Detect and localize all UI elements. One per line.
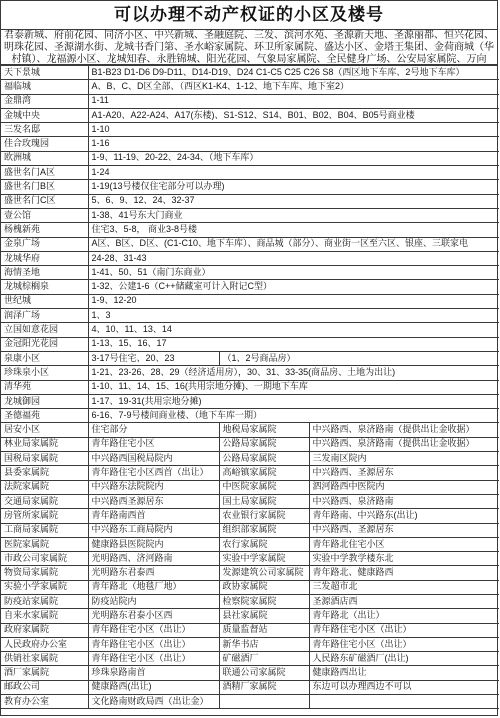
building-numbers: 1-32、公建1-6（C++储藏室可计入附记C型） [88,280,499,294]
building-numbers: 1-19(13号楼仅住宅部分可以办理) [88,180,499,194]
courtyard-name [219,695,309,709]
table-row: 国税局家属院中兴路西国税局院内公路局家属院三发南区院内 [1,452,499,466]
table-row: 交通局家属院中兴路西圣源居东国土局家属院中兴路西、泉济路南 [1,494,499,508]
table-row: 珍珠泉小区1-21、23-26、28、29（经济适用房），30、31、33-35… [1,366,499,380]
courtyard-location: 青年路住宅小区西首（出让） [88,466,219,480]
courtyard-name: 林业局家属院 [1,437,88,451]
courtyard-name: 法院家属院 [1,480,88,494]
table-row: 龙城御园1-17、19-31(共用宗地分摊) [1,394,499,408]
table-row: 医院家属院健康路县医院院内农行家属院青年路北住宅小区 [1,537,499,551]
building-numbers: 1-17、19-31(共用宗地分摊) [88,394,499,408]
building-numbers: 24-28、31-43 [88,251,499,265]
courtyard-location: 青年路住宅小区（出让） [88,652,219,666]
building-numbers: 1-24 [88,166,499,180]
table-row: 物资局家属院光明路东君泰西发源建筑公司家属院青年路北、健康路西 [1,566,499,580]
table-row: 实验小学家属院青年路北（地毯厂地）政协家属院三发超市北 [1,580,499,594]
courtyard-name: 市政公司家属院 [1,552,88,566]
community-name: 盛世名门A区 [1,166,88,180]
courtyard-location: 中兴路西、泉济路南（提供出让金收据） [309,437,499,451]
courtyard-name: 质量监督站 [219,623,309,637]
table-row: 房管所家属院青年路南西首农业银行家属院青年路南、中兴路东(出让) [1,509,499,523]
community-name: 世纪城 [1,294,88,308]
courtyard-location: 中兴路西圣源居东 [88,494,219,508]
courtyard-location: 圣源酒店西 [309,594,499,608]
table-row: 盛世名门A区1-24 [1,166,499,180]
table-row: 防疫站家属院防疫站院内检察院家属院圣源酒店西 [1,594,499,608]
building-numbers: A区、B区、D区、(C1-C10、地下车库）、商品城（部分）、商业街一区至六区、… [88,237,499,251]
courtyard-location: 东边可以办理西边不可以 [309,680,499,694]
building-numbers: 1-38、41号东大门商业 [88,208,499,222]
courtyard-name: 政协家属院 [219,580,309,594]
community-name-list: 君泰新城、府前花园、同济小区、中兴新城、圣融庭院、三发、滨河水苑、圣源新天地、圣… [1,30,497,66]
table-row: 佳合玫瑰园1-16 [1,137,499,151]
spreadsheet: 可以办理不动产权证的小区及楼号 君泰新城、府前花园、同济小区、中兴新城、圣融庭院… [0,0,498,716]
table-row: 邮政公司健康路西(出让)酒精厂家属院东边可以办理西边不可以 [1,680,499,694]
community-name: 福临城 [1,80,88,94]
courtyard-location: 光明路东君泰小区西 [88,609,219,623]
table-row: 泉康小区3-17号住宅、20、23（1、2号商品房） [1,351,499,365]
courtyard-location: 青年路住宅小区（出让） [88,637,219,651]
community-name: 清华苑 [1,380,88,394]
courtyard-location: 中兴路东法院院内 [88,480,219,494]
building-numbers: A1-A20、A22-A24、A17(东楼)、S1-S12、S14、B01、B0… [88,108,499,122]
courtyard-location: 青年路北住宅小区 [309,537,499,551]
table-row: 盛世名门B区1-19(13号楼仅住宅部分可以办理) [1,180,499,194]
courtyard-location: 中兴路西、圣源居东 [309,523,499,537]
table-row: 三发名邸1-10 [1,123,499,137]
courtyard-name: 防疫站家属院 [1,594,88,608]
courtyard-location: 中兴路西、泉济路南（提供出让金收据） [309,423,499,437]
table-row: 金城中央A1-A20、A22-A24、A17(东楼)、S1-S12、S14、B0… [1,108,499,122]
courtyard-location: 光明路东君泰西 [88,566,219,580]
building-numbers: 3-17号住宅、20、23 [88,351,219,365]
community-name: 龙城棕榈泉 [1,280,88,294]
building-numbers: 住宅3、5-8， 商业3-8号楼 [88,223,499,237]
building-numbers: 1-10、11、14、15、16(共用宗地分摊)、一期地下车库 [88,380,499,394]
table-row: 清华苑1-10、11、14、15、16(共用宗地分摊)、一期地下车库 [1,380,499,394]
community-name: 金鼎湾 [1,94,88,108]
courtyard-location [309,695,499,709]
courtyard-name: 联通公司家属院 [219,666,309,680]
courtyard-name: 县委家属院 [1,466,88,480]
courtyard-location: 青年路住宅小区（出让） [309,623,499,637]
courtyard-name: 国土局家属院 [219,494,309,508]
courtyard-location: 中兴路东工商局院内 [88,523,219,537]
table-row: 人民政府办公室青年路住宅小区（出让）新华书店青年路住宅小区（出让） [1,637,499,651]
table-body: 天下景城B1-B23 D1-D6 D9-D11、D14-D19、D24 C1-C… [1,66,499,709]
table-row: 县委家属院青年路住宅小区西首（出让）高峪镇家属院中兴路西、圣源居东 [1,466,499,480]
courtyard-name: 发源建筑公司家属院 [219,566,309,580]
community-name: 海情圣地 [1,266,88,280]
courtyard-name: 房管所家属院 [1,509,88,523]
table-row: 杨槐新苑住宅3、5-8， 商业3-8号楼 [1,223,499,237]
building-numbers: 1-13、15、16、17 [88,337,499,351]
building-numbers: 1-9、11-19、20-22、24-34、（地下车库） [88,151,499,165]
courtyard-name: 酒厂家属院 [1,666,88,680]
table-row: 市政公司家属院光明路西、济河路南实验中学家属院实验中学教学楼东北 [1,552,499,566]
courtyard-name: 邮政公司 [1,680,88,694]
courtyard-name: 交通局家属院 [1,494,88,508]
building-numbers: 1-16 [88,137,499,151]
courtyard-name: 居安小区 [1,423,88,437]
courtyard-name: 人民政府办公室 [1,637,88,651]
table-row: 政府家属院青年路住宅小区（出让）质量监督站青年路住宅小区（出让） [1,623,499,637]
community-name: 金冠阳光花园 [1,337,88,351]
courtyard-name: 实验小学家属院 [1,580,88,594]
table-row: 盛世名门C区5、6、9、12、24、32-37 [1,194,499,208]
table-row: 金鼎湾1-11 [1,94,499,108]
community-name: 金泉广场 [1,237,88,251]
table-row: 润泽广场1、3 [1,309,499,323]
courtyard-name: 医院家属院 [1,537,88,551]
courtyard-name: 公路局家属院 [219,437,309,451]
table-row: 金冠阳光花园1-13、15、16、17 [1,337,499,351]
table-row: 龙城棕榈泉1-32、公建1-6（C++储藏室可计入附记C型） [1,280,499,294]
building-numbers: A、B、C、D区全部、（西区K1-K4、1-12、地下车库、地下室2） [88,80,499,94]
courtyard-location: 青年路北（出让） [309,609,499,623]
courtyard-name: 组织部家属院 [219,523,309,537]
community-name: 佳合玫瑰园 [1,137,88,151]
community-name: 天下景城 [1,66,88,80]
courtyard-name: 政府家属院 [1,623,88,637]
building-numbers: 4、10、11、13、14 [88,323,499,337]
page-title: 可以办理不动产权证的小区及楼号 [1,1,497,30]
courtyard-location: 中兴路西、圣源居东 [309,466,499,480]
courtyard-name: 农业银行家属院 [219,509,309,523]
table-row: 福临城A、B、C、D区全部、（西区K1-K4、1-12、地下车库、地下室2） [1,80,499,94]
table-row: 世纪城1-9、12-20 [1,294,499,308]
courtyard-location: 三发南区院内 [309,452,499,466]
table-row: 居安小区住宅部分地税局家属院中兴路西、泉济路南（提供出让金收据） [1,423,499,437]
courtyard-name: 物资局家属院 [1,566,88,580]
community-name: 泉康小区 [1,351,88,365]
courtyard-location: 青年路南、中兴路东(出让) [309,509,499,523]
courtyard-name: 自来水家属院 [1,609,88,623]
courtyard-location: 防疫站院内 [88,594,219,608]
courtyard-name: 供销社家属院 [1,652,88,666]
table-row: 供销社家属院青年路住宅小区（出让）矿磁酒厂人民路东矿磁酒厂(出让) [1,652,499,666]
courtyard-name: 检察院家属院 [219,594,309,608]
courtyard-name: 中医院家属院 [219,480,309,494]
courtyard-name: 矿磁酒厂 [219,652,309,666]
courtyard-name: 农行家属院 [219,537,309,551]
courtyard-location: 青年路北、健康路西 [309,566,499,580]
courtyard-name: 酒精厂家属院 [219,680,309,694]
courtyard-name: 教育办公室 [1,695,88,709]
community-name: 盛世名门B区 [1,180,88,194]
courtyard-location: 青年路北（地毯厂地） [88,580,219,594]
courtyard-name: 国税局家属院 [1,452,88,466]
building-numbers: 6-16、7-9号楼间商业楼、（地下车库一期） [88,409,499,423]
table-row: 欧洲城1-9、11-19、20-22、24-34、（地下车库） [1,151,499,165]
courtyard-location: 中兴路西、泉济路南 [309,494,499,508]
courtyard-name: 公路局家属院 [219,452,309,466]
community-name: 润泽广场 [1,309,88,323]
table-row: 天下景城B1-B23 D1-D6 D9-D11、D14-D19、D24 C1-C… [1,66,499,80]
table-row: 圣德福苑6-16、7-9号楼间商业楼、（地下车库一期） [1,409,499,423]
building-numbers: 1-11 [88,94,499,108]
table-row: 酒厂家属院珍珠泉路南首联通公司家属院健康路西出让 [1,666,499,680]
courtyard-location: 中兴路西国税局院内 [88,452,219,466]
table-row: 工商局家属院中兴路东工商局院内组织部家属院中兴路西、圣源居东 [1,523,499,537]
table-row: 金泉广场A区、B区、D区、(C1-C10、地下车库）、商品城（部分）、商业街一区… [1,237,499,251]
table-row: 法院家属院中兴路东法院院内中医院家属院泗河路西中医院内 [1,480,499,494]
courtyard-name: 县社家属院 [219,609,309,623]
building-numbers-extra: （1、2号商品房） [219,351,499,365]
building-numbers: 5、6、9、12、24、32-37 [88,194,499,208]
community-name: 立国如意花园 [1,323,88,337]
table-row: 壹公馆1-38、41号东大门商业 [1,208,499,222]
table-row: 林业局家属院青年路住宅小区公路局家属院中兴路西、泉济路南（提供出让金收据） [1,437,499,451]
table-row: 立国如意花园4、10、11、13、14 [1,323,499,337]
courtyard-location: 实验中学教学楼东北 [309,552,499,566]
courtyard-location: 健康路县医院院内 [88,537,219,551]
courtyard-location: 住宅部分 [88,423,219,437]
community-name: 金城中央 [1,108,88,122]
community-name: 龙城御园 [1,394,88,408]
property-cert-table: 天下景城B1-B23 D1-D6 D9-D11、D14-D19、D24 C1-C… [1,66,499,709]
courtyard-location: 青年路住宅小区（出让） [88,623,219,637]
courtyard-location: 健康路西(出让) [88,680,219,694]
courtyard-location: 光明路西、济河路南 [88,552,219,566]
table-row: 龙城华府24-28、31-43 [1,251,499,265]
community-name: 盛世名门C区 [1,194,88,208]
building-numbers: 1-21、23-26、28、29（经济适用房），30、31、33-35(商品房、… [88,366,499,380]
courtyard-name: 新华书店 [219,637,309,651]
courtyard-location: 泗河路西中医院内 [309,480,499,494]
courtyard-location: 珍珠泉路南首 [88,666,219,680]
community-name: 圣德福苑 [1,409,88,423]
courtyard-name: 工商局家属院 [1,523,88,537]
community-name: 欧洲城 [1,151,88,165]
building-numbers: 1-41、50、51（南门东商业） [88,266,499,280]
table-row: 海情圣地1-41、50、51（南门东商业） [1,266,499,280]
community-name: 龙城华府 [1,251,88,265]
building-numbers: 1-9、12-20 [88,294,499,308]
courtyard-location: 文化路南财政局西（出让金） [88,695,219,709]
community-name: 杨槐新苑 [1,223,88,237]
courtyard-name: 地税局家属院 [219,423,309,437]
courtyard-name: 高峪镇家属院 [219,466,309,480]
table-row: 教育办公室文化路南财政局西（出让金） [1,695,499,709]
courtyard-location: 青年路南西首 [88,509,219,523]
courtyard-location: 青年路住宅小区（出让） [309,637,499,651]
building-numbers: 1-10 [88,123,499,137]
courtyard-name: 实验中学家属院 [219,552,309,566]
building-numbers: 1、3 [88,309,499,323]
community-name: 壹公馆 [1,208,88,222]
courtyard-location: 人民路东矿磁酒厂(出让) [309,652,499,666]
table-row: 自来水家属院光明路东君泰小区西县社家属院青年路北（出让） [1,609,499,623]
courtyard-location: 青年路住宅小区 [88,437,219,451]
community-name: 三发名邸 [1,123,88,137]
building-numbers: B1-B23 D1-D6 D9-D11、D14-D19、D24 C1-C5 C2… [88,66,499,80]
courtyard-location: 三发超市北 [309,580,499,594]
community-name: 珍珠泉小区 [1,366,88,380]
courtyard-location: 健康路西出让 [309,666,499,680]
